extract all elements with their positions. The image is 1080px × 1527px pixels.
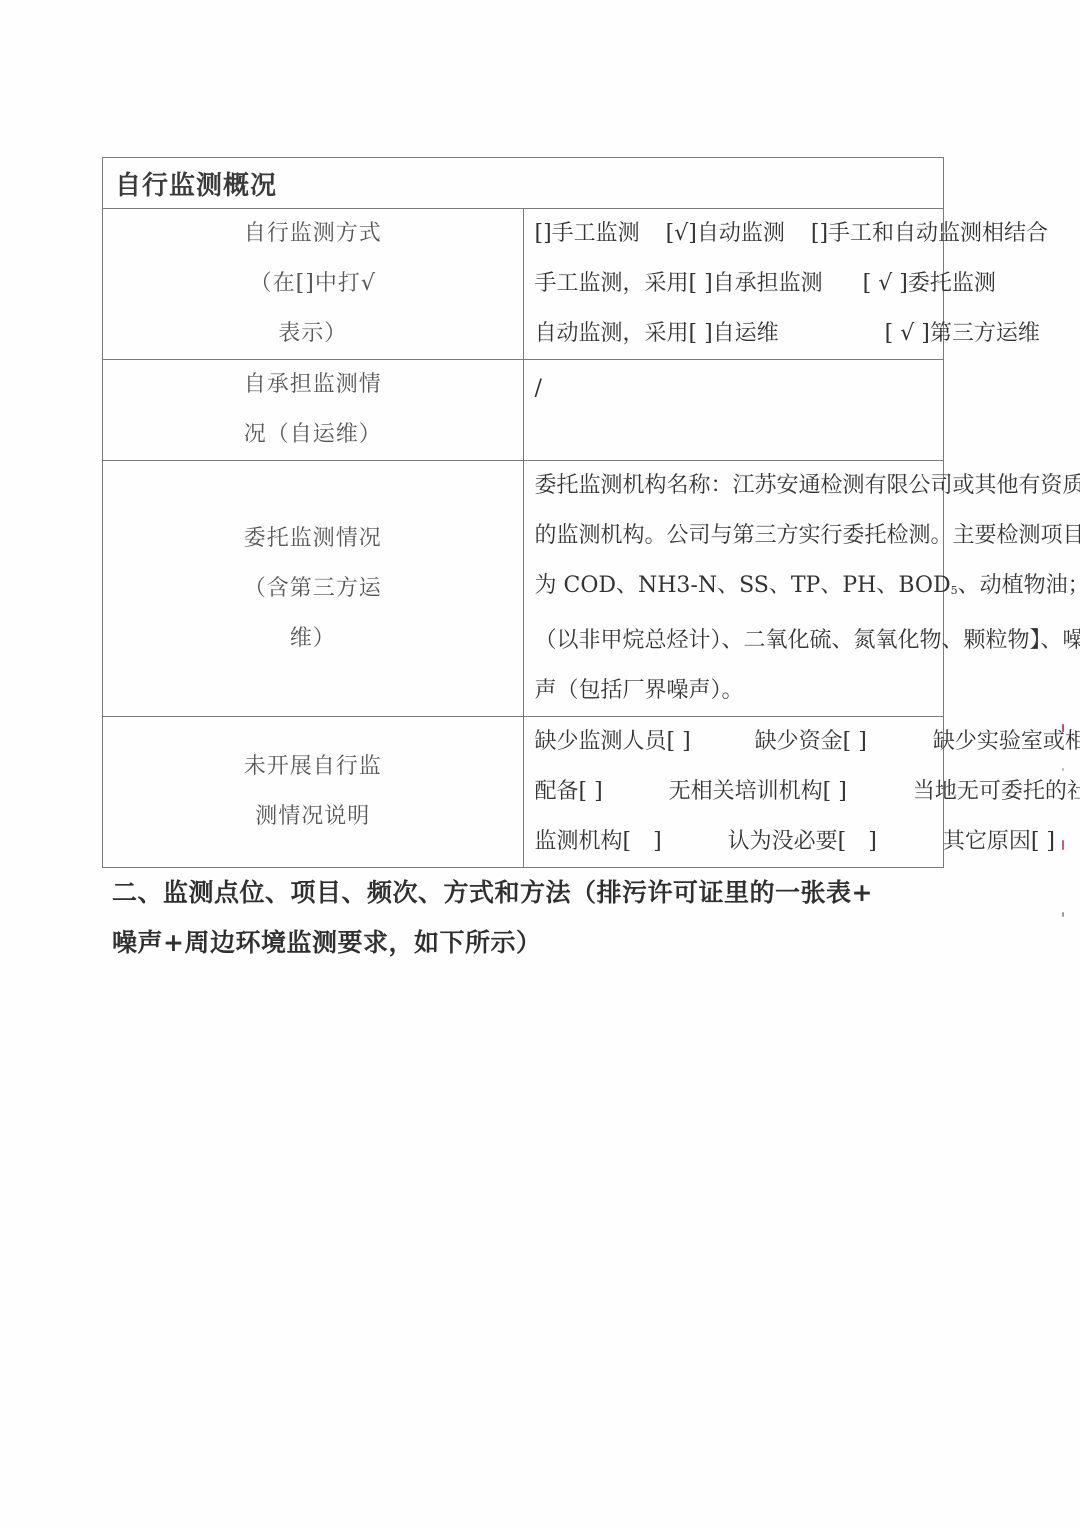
reason-lack-staff: 缺少监测人员[ ] [535, 729, 691, 754]
table-title-row: 自行监测概况 [103, 158, 944, 209]
label-line: 自承担监测情 [103, 360, 523, 410]
manual-entrust-option: [ √ ]委托监测 [863, 271, 996, 296]
manual-mode-line: 手工监测，采用[ ]自承担监测 [ √ ]委托监测 [535, 259, 936, 309]
automatic-mode-line: 自动监测，采用[ ]自运维 [ √ ]第三方运维 [535, 309, 936, 359]
label-line: 自行监测方式 [103, 209, 523, 259]
content-line: 委托监测机构名称：江苏安通检测有限公司或其他有资质 [535, 461, 936, 511]
reason-lack-equipment: 配备[ ] [535, 779, 603, 804]
option-manual: []手工监测 [535, 221, 640, 246]
row-label-entrusted-monitoring: 委托监测情况 （含第三方运 维） [103, 461, 524, 717]
table-row-monitoring-method: 自行监测方式 （在[]中打√ 表示） []手工监测 [√]自动监测 []手工和自… [103, 209, 944, 360]
reasons-line-1: 缺少监测人员[ ] 缺少资金[ ] 缺少实验室或相关 [535, 717, 936, 767]
section-heading-monitoring-points: 二、监测点位、项目、频次、方式和方法（排污许可证里的一张表+ 噪声+周边环境监测… [112, 868, 972, 968]
content-line: 声（包括厂界噪声）。 [535, 666, 936, 716]
table-title: 自行监测概况 [103, 158, 944, 209]
row-label-self-undertaken: 自承担监测情 况（自运维） [103, 360, 524, 461]
heading-line: 噪声+周边环境监测要求，如下所示） [112, 918, 972, 968]
label-line: 维） [103, 614, 523, 664]
row-content-monitoring-method: []手工监测 [√]自动监测 []手工和自动监测相结合 手工监测，采用[ ]自承… [523, 209, 944, 360]
label-line: （在[]中打√ [103, 259, 523, 309]
label-line: 未开展自行监 [103, 742, 523, 792]
row-content-entrusted-monitoring: 委托监测机构名称：江苏安通检测有限公司或其他有资质 的监测机构。公司与第三方实行… [523, 461, 944, 717]
scan-speck [1062, 912, 1064, 917]
self-monitoring-overview-table: 自行监测概况 自行监测方式 （在[]中打√ 表示） []手工监测 [√]自动监测… [102, 157, 944, 868]
content-line-pollutants: 为 COD、NH3-N、SS、TP、PH、BOD5、动植物油；废气【VOCs [535, 561, 936, 616]
table-row-self-undertaken: 自承担监测情 况（自运维） / [103, 360, 944, 461]
reason-no-local-agency: 当地无可委托的社会 [913, 779, 1080, 804]
document-page: 自行监测概况 自行监测方式 （在[]中打√ 表示） []手工监测 [√]自动监测… [0, 0, 1080, 1527]
option-combined: []手工和自动监测相结合 [811, 221, 1048, 246]
heading-line: 二、监测点位、项目、频次、方式和方法（排污许可证里的一张表+ [112, 868, 972, 918]
content-line: 的监测机构。公司与第三方实行委托检测。主要检测项目 [535, 511, 936, 561]
content-line: （以非甲烷总烃计）、二氧化硫、氮氧化物、颗粒物】、噪 [535, 616, 936, 666]
reason-monitoring-agency: 监测机构[ ] [535, 829, 662, 854]
label-line: 况（自运维） [103, 410, 523, 460]
label-line: 测情况说明 [103, 792, 523, 842]
row-label-monitoring-method: 自行监测方式 （在[]中打√ 表示） [103, 209, 524, 360]
auto-self-option: 自动监测，采用[ ]自运维 [535, 321, 779, 346]
label-line: 委托监测情况 [103, 514, 523, 564]
row-content-not-carried-out: 缺少监测人员[ ] 缺少资金[ ] 缺少实验室或相关 配备[ ] 无相关培训机构… [523, 717, 944, 868]
reasons-line-2: 配备[ ] 无相关培训机构[ ] 当地无可委托的社会 [535, 767, 936, 817]
scan-speck [1062, 768, 1064, 771]
reason-unnecessary: 认为没必要[ ] [728, 829, 877, 854]
scan-speck [1062, 840, 1064, 850]
reasons-line-3: 监测机构[ ] 认为没必要[ ] 其它原因[ ] [535, 817, 936, 867]
table-row-entrusted-monitoring: 委托监测情况 （含第三方运 维） 委托监测机构名称：江苏安通检测有限公司或其他有… [103, 461, 944, 717]
option-automatic: [√]自动监测 [666, 221, 785, 246]
reason-lack-funds: 缺少资金[ ] [755, 729, 867, 754]
reason-lack-lab: 缺少实验室或相关 [933, 729, 1080, 754]
auto-third-party-option: [ √ ]第三方运维 [885, 321, 1040, 346]
bod-subscript: 5 [951, 584, 958, 597]
manual-self-option: 手工监测，采用[ ]自承担监测 [535, 271, 823, 296]
label-line: 表示） [103, 309, 523, 359]
scan-speck [1062, 724, 1064, 732]
reason-no-training: 无相关培训机构[ ] [669, 779, 847, 804]
table-row-not-carried-out: 未开展自行监 测情况说明 缺少监测人员[ ] 缺少资金[ ] 缺少实验室或相关 … [103, 717, 944, 868]
row-label-not-carried-out: 未开展自行监 测情况说明 [103, 717, 524, 868]
row-content-self-undertaken: / [523, 360, 944, 461]
method-options-line: []手工监测 [√]自动监测 []手工和自动监测相结合 [535, 209, 936, 259]
label-line: （含第三方运 [103, 564, 523, 614]
reason-other: 其它原因[ ] [943, 829, 1055, 854]
